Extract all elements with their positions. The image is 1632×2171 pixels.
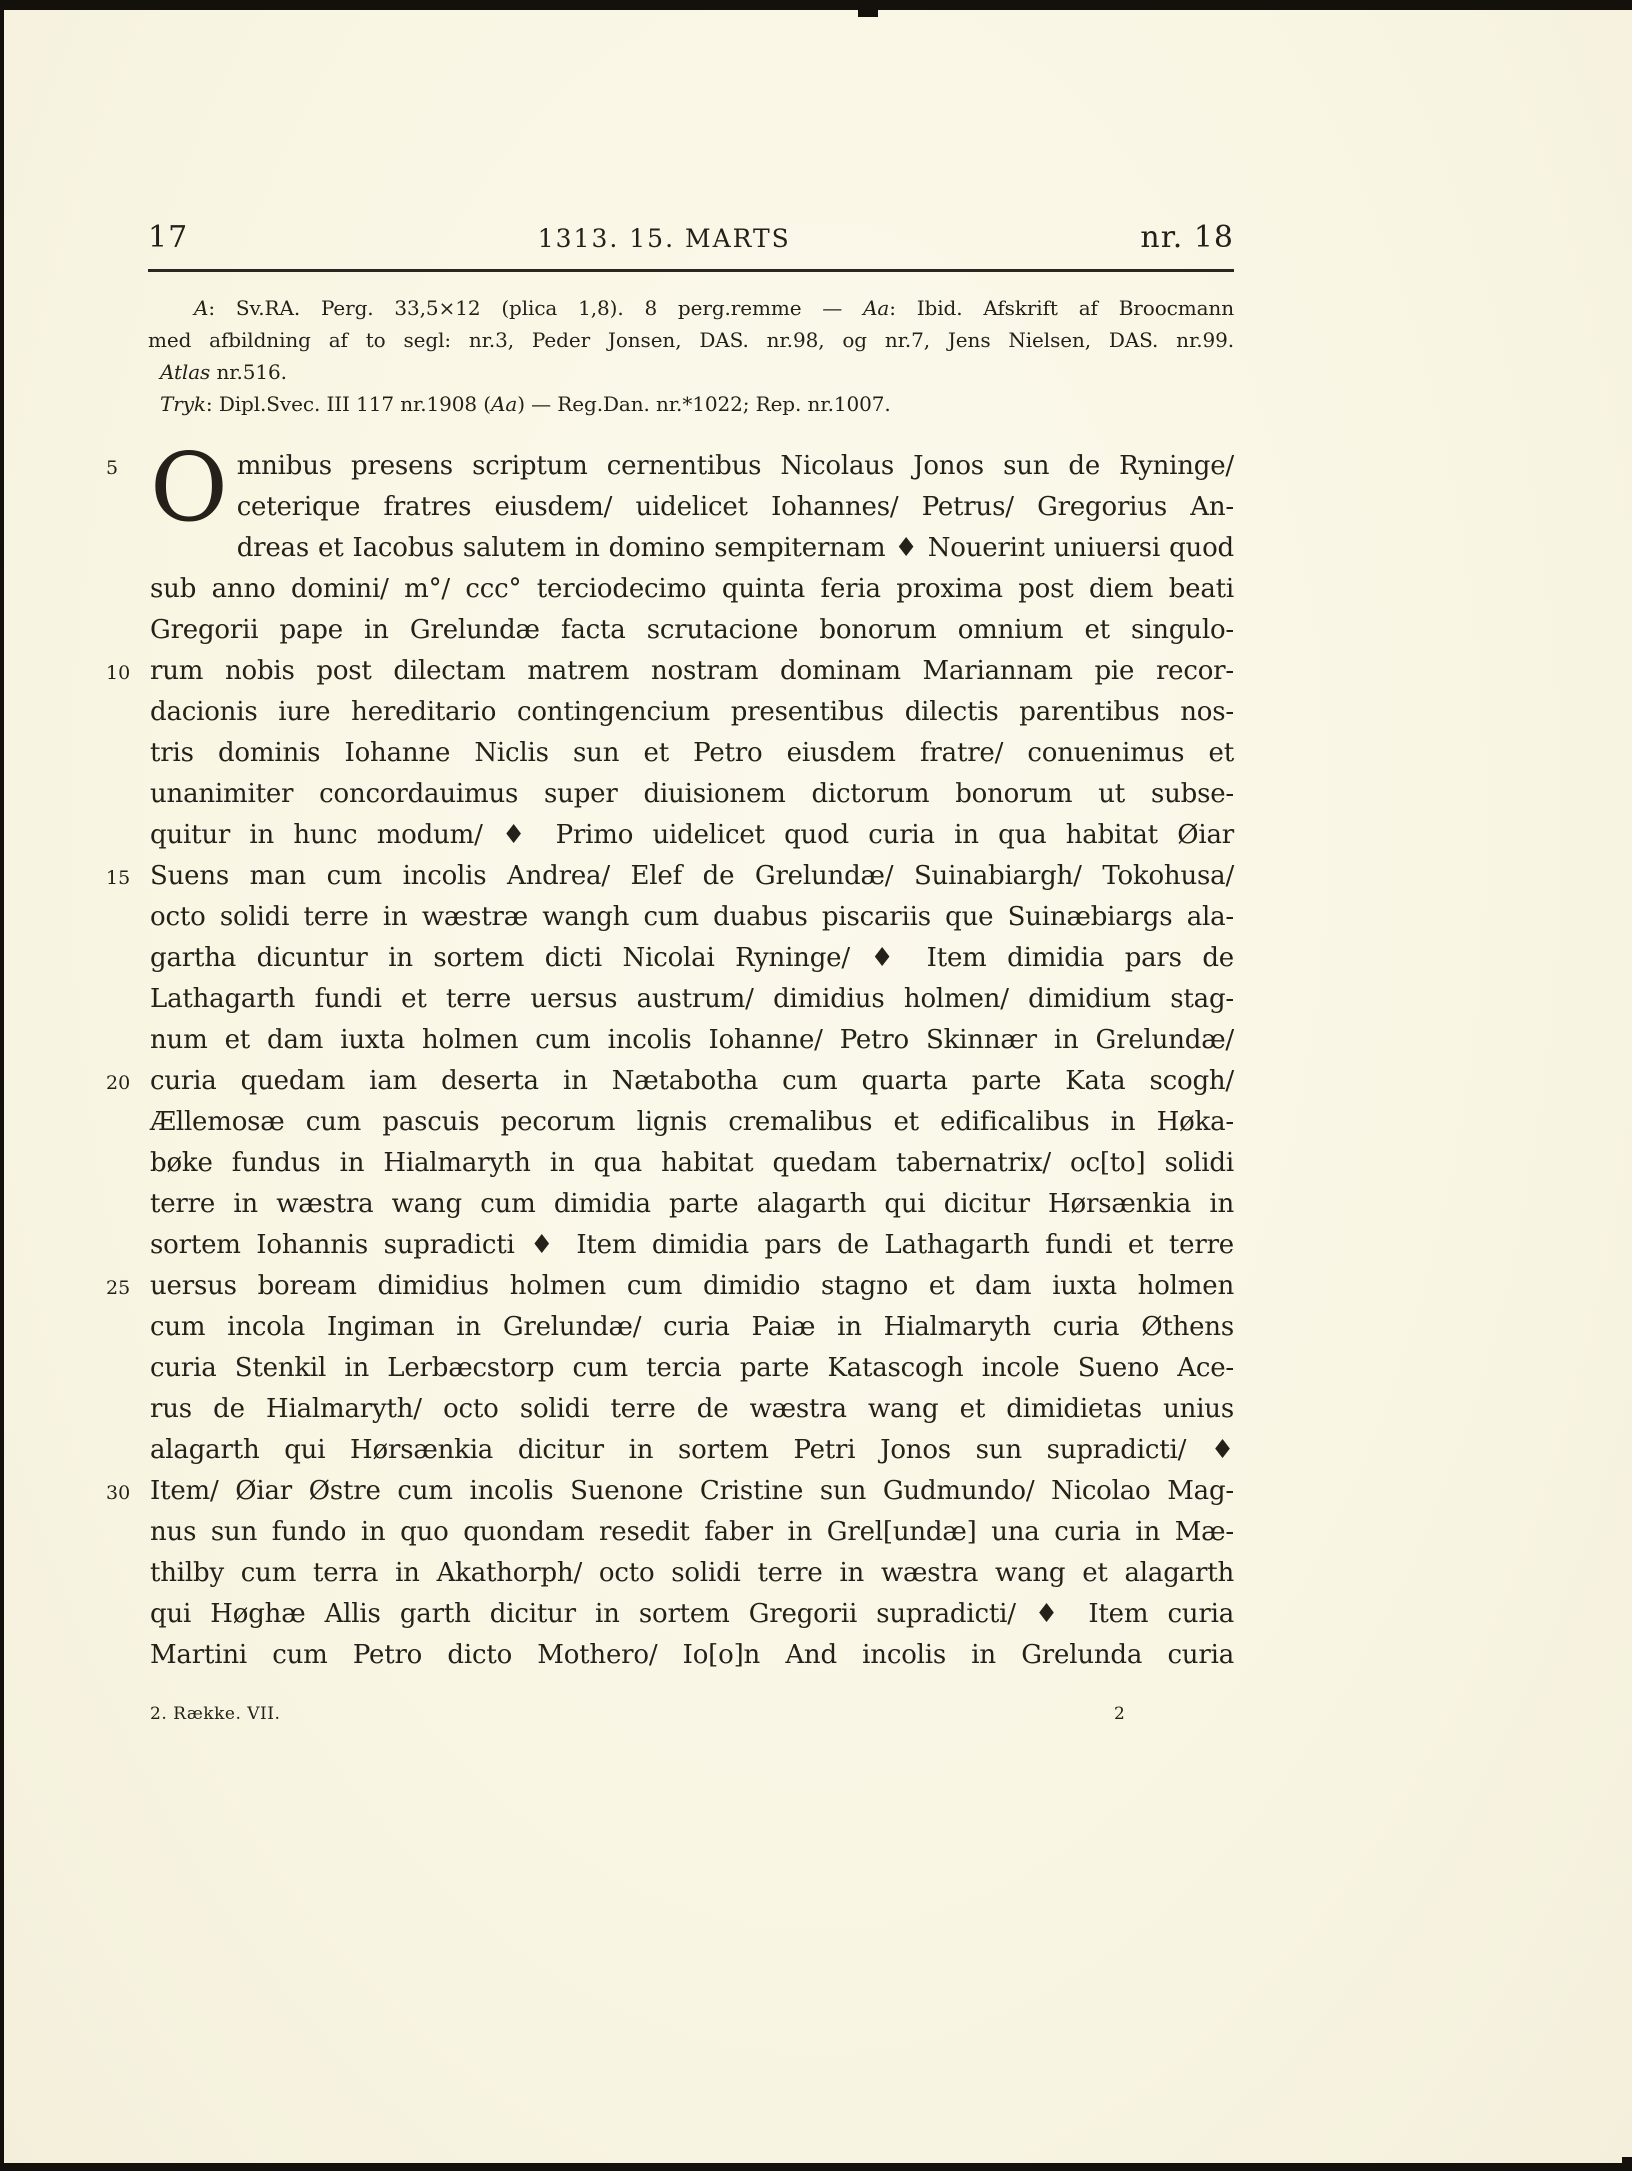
scan-edge-top (0, 0, 1632, 10)
page-number: 17 (148, 220, 188, 255)
apparatus-siglum: Tryk (160, 392, 206, 416)
margin-line-number: 20 (106, 1063, 144, 1104)
body-line-text: Suens man cum incolis Andrea/ Elef de Gr… (150, 861, 1234, 891)
body-line-text: sortem Iohannis supradicti ♦ Item dimidi… (150, 1230, 1234, 1260)
body-line-text: octo solidi terre in wæstræ wangh cum du… (150, 902, 1234, 932)
body-line: 20curia quedam iam deserta in Nætabotha … (150, 1061, 1234, 1102)
body-line-text: quitur in hunc modum/ ♦ Primo uidelicet … (150, 820, 1234, 850)
body-line: thilby cum terra in Akathorph/ octo soli… (150, 1553, 1234, 1594)
body-line-text: qui Høghæ Allis garth dicitur in sortem … (150, 1599, 1234, 1629)
body-line: unanimiter concordauimus super diuisione… (150, 774, 1234, 815)
body-line: terre in wæstra wang cum dimidia parte a… (150, 1184, 1234, 1225)
body-line-text: thilby cum terra in Akathorph/ octo soli… (150, 1558, 1234, 1588)
body-line: cum incola Ingiman in Grelundæ/ curia Pa… (150, 1307, 1234, 1348)
body-line-text: unanimiter concordauimus super diuisione… (150, 779, 1234, 809)
body-line: 5mnibus presens scriptum cernentibus Nic… (150, 446, 1234, 487)
body-line-text: tris dominis Iohanne Niclis sun et Petro… (150, 738, 1234, 768)
body-line: rus de Hialmaryth/ octo solidi terre de … (150, 1389, 1234, 1430)
body-line: alagarth qui Hørsænkia dicitur in sortem… (150, 1430, 1234, 1471)
body-line: 25uersus boream dimidius holmen cum dimi… (150, 1266, 1234, 1307)
body-line-text: Gregorii pape in Grelundæ facta scrutaci… (150, 615, 1234, 645)
body-line-text: terre in wæstra wang cum dimidia parte a… (150, 1189, 1234, 1219)
body-line: qui Høghæ Allis garth dicitur in sortem … (150, 1594, 1234, 1635)
body-line-text: rum nobis post dilectam matrem nostram d… (150, 656, 1234, 686)
apparatus-siglum: Aa (863, 296, 889, 320)
body-line-text: dacionis iure hereditario contingencium … (150, 697, 1234, 727)
margin-line-number: 15 (106, 858, 144, 899)
apparatus-text: med afbildning af to segl: nr.3, Peder J… (148, 328, 1234, 352)
apparatus-siglum: Aa (491, 392, 517, 416)
body-line: 15Suens man cum incolis Andrea/ Elef de … (150, 856, 1234, 897)
body-line: Gregorii pape in Grelundæ facta scrutaci… (150, 610, 1234, 651)
apparatus-line: Tryk: Dipl.Svec. III 117 nr.1908 (Aa) — … (148, 388, 1234, 420)
scanned-page: 17 1313. 15. MARTS nr. 18 A: Sv.RA. Perg… (0, 0, 1632, 2171)
body-line-text: Ællemosæ cum pascuis pecorum lignis crem… (150, 1107, 1234, 1137)
running-head-title: 1313. 15. MARTS (188, 224, 1140, 253)
body-text: O5mnibus presens scriptum cernentibus Ni… (150, 446, 1234, 1676)
body-line: Lathagarth fundi et terre uersus austrum… (150, 979, 1234, 1020)
apparatus-line: A: Sv.RA. Perg. 33,5×12 (plica 1,8). 8 p… (148, 292, 1234, 324)
body-line-text: gartha dicuntur in sortem dicti Nicolai … (150, 943, 1234, 973)
body-line-text: bøke fundus in Hialmaryth in qua habitat… (150, 1148, 1234, 1178)
body-line: curia Stenkil in Lerbæcstorp cum tercia … (150, 1348, 1234, 1389)
sheet-number: 2 (1114, 1704, 1125, 1724)
body-line-text: uersus boream dimidius holmen cum dimidi… (150, 1271, 1234, 1301)
apparatus-text: ) — Reg.Dan. nr.*1022; Rep. nr.1007. (517, 392, 890, 416)
body-line: 30Item/ Øiar Østre cum incolis Suenone C… (150, 1471, 1234, 1512)
body-line: Martini cum Petro dicto Mothero/ Io[o]n … (150, 1635, 1234, 1676)
apparatus-line: Atlas nr.516. (148, 356, 1234, 388)
body-line-text: Lathagarth fundi et terre uersus austrum… (150, 984, 1234, 1014)
body-line: dreas et Iacobus salutem in domino sempi… (150, 528, 1234, 569)
apparatus: A: Sv.RA. Perg. 33,5×12 (plica 1,8). 8 p… (148, 292, 1234, 420)
margin-line-number: 25 (106, 1268, 144, 1309)
body-line: tris dominis Iohanne Niclis sun et Petro… (150, 733, 1234, 774)
apparatus-siglum: A (194, 296, 208, 320)
body-line-text: nus sun fundo in quo quondam resedit fab… (150, 1517, 1234, 1547)
body-line: sortem Iohannis supradicti ♦ Item dimidi… (150, 1225, 1234, 1266)
body-line-text: alagarth qui Hørsænkia dicitur in sortem… (150, 1435, 1234, 1465)
body-line-text: cum incola Ingiman in Grelundæ/ curia Pa… (150, 1312, 1234, 1342)
body-line: 10rum nobis post dilectam matrem nostram… (150, 651, 1234, 692)
body-line: dacionis iure hereditario contingencium … (150, 692, 1234, 733)
apparatus-text: nr.516. (210, 360, 287, 384)
body-line: nus sun fundo in quo quondam resedit fab… (150, 1512, 1234, 1553)
body-line: bøke fundus in Hialmaryth in qua habitat… (150, 1143, 1234, 1184)
body-line: ceterique fratres eiusdem/ uidelicet Ioh… (150, 487, 1234, 528)
body-line-text: curia quedam iam deserta in Nætabotha cu… (150, 1066, 1234, 1096)
margin-line-number: 30 (106, 1473, 144, 1514)
body-line-text: mnibus presens scriptum cernentibus Nico… (237, 451, 1234, 481)
margin-line-number: 10 (106, 653, 144, 694)
margin-line-number: 5 (106, 448, 144, 489)
apparatus-siglum: Atlas (160, 360, 210, 384)
body-line-text: ceterique fratres eiusdem/ uidelicet Ioh… (237, 492, 1234, 522)
running-head: 17 1313. 15. MARTS nr. 18 (148, 220, 1234, 272)
entry-number: nr. 18 (1140, 220, 1234, 255)
body-line-text: dreas et Iacobus salutem in domino sempi… (237, 533, 1234, 563)
apparatus-line: med afbildning af to segl: nr.3, Peder J… (148, 324, 1234, 356)
scan-edge-left (0, 0, 4, 2171)
body-line-text: curia Stenkil in Lerbæcstorp cum tercia … (150, 1353, 1234, 1383)
volume-signature: 2. Række. VII. (150, 1704, 280, 1724)
body-line-text: rus de Hialmaryth/ octo solidi terre de … (150, 1394, 1234, 1424)
body-line: Ællemosæ cum pascuis pecorum lignis crem… (150, 1102, 1234, 1143)
body-line-text: Martini cum Petro dicto Mothero/ Io[o]n … (150, 1640, 1234, 1670)
apparatus-text: : Ibid. Afskrift af Broocmann (889, 296, 1234, 320)
body-line: octo solidi terre in wæstræ wangh cum du… (150, 897, 1234, 938)
scan-edge-top-notch (858, 0, 878, 17)
scan-edge-bottom (0, 2163, 1632, 2171)
body-line: gartha dicuntur in sortem dicti Nicolai … (150, 938, 1234, 979)
body-line-text: num et dam iuxta holmen cum incolis Ioha… (150, 1025, 1234, 1055)
body-line: quitur in hunc modum/ ♦ Primo uidelicet … (150, 815, 1234, 856)
body-line: sub anno domini/ m°/ ccc° terciodecimo q… (150, 569, 1234, 610)
apparatus-text: : Dipl.Svec. III 117 nr.1908 ( (206, 392, 491, 416)
scan-edge-corner (1622, 2157, 1632, 2171)
body-line-text: Item/ Øiar Østre cum incolis Suenone Cri… (150, 1476, 1234, 1506)
body-line: num et dam iuxta holmen cum incolis Ioha… (150, 1020, 1234, 1061)
body-line-text: sub anno domini/ m°/ ccc° terciodecimo q… (150, 574, 1234, 604)
apparatus-text: : Sv.RA. Perg. 33,5×12 (plica 1,8). 8 pe… (208, 296, 863, 320)
